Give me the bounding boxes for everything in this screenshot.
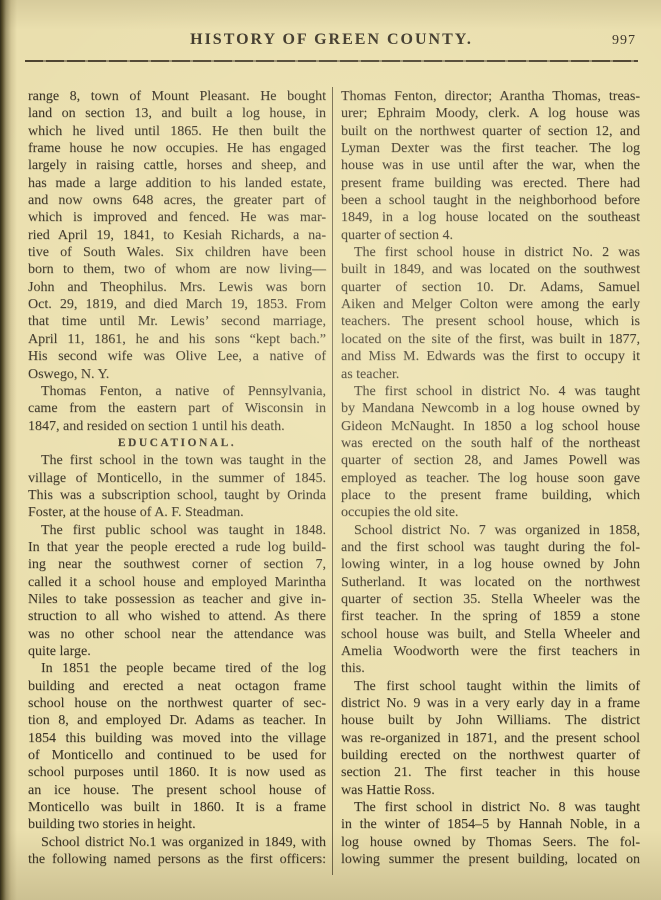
paragraph: The first school in the town was taught … <box>28 452 326 521</box>
text-line: has made a large addition to his landed … <box>28 175 326 192</box>
text-line: The first public school was taught in 18… <box>28 522 326 539</box>
text-line: was Hattie Ross. <box>341 782 640 799</box>
paragraph: The first school taught within the limit… <box>341 678 640 799</box>
paragraph: The first public school was taught in 18… <box>28 522 326 661</box>
text-line: lowing winter, in a log house owned by J… <box>341 556 640 573</box>
text-line: Sutherland. It was located on the northw… <box>341 574 640 591</box>
text-line: the following named persons as the first… <box>28 851 326 868</box>
page-title: HISTORY OF GREEN COUNTY. <box>25 31 638 49</box>
text-line: largely in raising cattle, horses and sh… <box>28 157 326 174</box>
text-line: The first school house in district No. 2… <box>341 244 640 261</box>
paragraph: School district No. 7 was organized in 1… <box>341 522 640 678</box>
text-line: ried April 19, 1841, to Kesiah Richards,… <box>28 227 326 244</box>
text-line: district No. 9 was in a very early day i… <box>341 695 640 712</box>
text-line: Oswego, N. Y. <box>28 366 326 383</box>
text-line: ing near the southwest corner of section… <box>28 556 326 573</box>
text-line: Amelia Woodworth were the first teachers… <box>341 643 640 660</box>
text-line: Monticello was built in 1860. It is a fr… <box>28 799 326 816</box>
text-line: and Miss M. Edwards was the first to occ… <box>341 348 640 365</box>
text-line: John and Theophilus. Mrs. Lewis was born <box>28 279 326 296</box>
paragraph: School district No.1 was organized in 18… <box>28 834 326 869</box>
paragraph: range 8, town of Mount Pleasant. He boug… <box>28 88 326 383</box>
text-line: The first school in district No. 8 was t… <box>341 799 640 816</box>
text-line: quarter of section 28, and James Powell … <box>341 452 640 469</box>
text-line: 1854 this building was moved into the vi… <box>28 730 326 747</box>
text-line: In 1851 the people became tired of the l… <box>28 660 326 677</box>
text-line: The first school in district No. 4 was t… <box>341 383 640 400</box>
text-line: village of Monticello, in the summer of … <box>28 470 326 487</box>
column-divider <box>332 87 333 875</box>
text-line: lowing summer the present building, loca… <box>341 851 640 868</box>
text-line: an ice house. The present school house o… <box>28 782 326 799</box>
text-line: The first school taught within the limit… <box>341 678 640 695</box>
text-line: quite large. <box>28 643 326 660</box>
text-line: Oct. 29, 1819, and died March 19, 1853. … <box>28 296 326 313</box>
column-right: Thomas Fenton, director; Arantha Thomas,… <box>341 88 640 868</box>
text-line: house was in use until after the war, wh… <box>341 157 640 174</box>
section-heading: EDUCATIONAL. <box>28 435 326 452</box>
text-line: which he lived until 1865. He then built… <box>28 123 326 140</box>
text-line: quarter of section 4. <box>341 227 640 244</box>
text-line: called it a school house and employed Ma… <box>28 574 326 591</box>
text-line: building erected on the northwest quarte… <box>341 747 640 764</box>
text-line: came from the eastern part of Wisconsin … <box>28 400 326 417</box>
text-line: April 11, 1861, he and his sons “kept ba… <box>28 331 326 348</box>
text-line: 1849, in a log house located on the sout… <box>341 209 640 226</box>
text-line: section 21. The first teacher in this ho… <box>341 764 640 781</box>
text-line: 1847, and resided on section 1 until his… <box>28 418 326 435</box>
text-line: was no other school near the attendance … <box>28 626 326 643</box>
text-line: employed as teacher. The log house soon … <box>341 470 640 487</box>
text-line: Thomas Fenton, director; Arantha Thomas,… <box>341 88 640 105</box>
text-line: Foster, at the house of A. F. Steadman. <box>28 504 326 521</box>
text-line: occupies the old site. <box>341 504 640 521</box>
text-line: was re-organized in 1871, and the presen… <box>341 730 640 747</box>
text-line: in the winter of 1854–5 by Hannah Noble,… <box>341 816 640 833</box>
text-line: building two stories in height. <box>28 816 326 833</box>
text-line: which is improved and fenced. He was mar… <box>28 209 326 226</box>
text-line: School district No.1 was organized in 18… <box>28 834 326 851</box>
column-left: range 8, town of Mount Pleasant. He boug… <box>28 88 326 868</box>
text-line: and the first school was taught during t… <box>341 539 640 556</box>
text-line: school purposes until 1860. It is now us… <box>28 764 326 781</box>
text-line: Thomas Fenton, a native of Pennsylvania, <box>28 383 326 400</box>
text-line: built on the northwest quarter of sectio… <box>341 123 640 140</box>
scanned-book-page: HISTORY OF GREEN COUNTY. 997 range 8, to… <box>0 0 661 900</box>
paragraph: The first school house in district No. 2… <box>341 244 640 383</box>
paragraph: Thomas Fenton, director; Arantha Thomas,… <box>341 88 640 244</box>
text-line: born to them, two of whom are now living… <box>28 261 326 278</box>
text-line: This was a subscription school, taught b… <box>28 487 326 504</box>
paragraph: Thomas Fenton, a native of Pennsylvania,… <box>28 383 326 435</box>
text-line: house built by John Williams. The distri… <box>341 712 640 729</box>
text-line: built in 1849, and was located on the so… <box>341 261 640 278</box>
text-line: school house on the northwest quarter of… <box>28 695 326 712</box>
header-rule <box>25 60 638 62</box>
text-line: tion 8, and employed Dr. Adams as teache… <box>28 712 326 729</box>
text-line: building and erected a neat octagon fram… <box>28 678 326 695</box>
text-line: that time until Mr. Lewis’ second marria… <box>28 313 326 330</box>
text-line: located on the site of the first, was bu… <box>341 331 640 348</box>
paragraph: The first school in district No. 8 was t… <box>341 799 640 868</box>
paragraph: In 1851 the people became tired of the l… <box>28 660 326 833</box>
text-line: Gideon McNaught. In 1850 a log school ho… <box>341 418 640 435</box>
text-line: His second wife was Olive Lee, a native … <box>28 348 326 365</box>
text-line: urer; Ephraim Moody, clerk. A log house … <box>341 105 640 122</box>
text-line: present frame building was erected. Ther… <box>341 175 640 192</box>
paragraph: The first school in district No. 4 was t… <box>341 383 640 522</box>
text-line: as teacher. <box>341 366 640 383</box>
text-line: quarter of section 10. Dr. Adams, Samuel <box>341 279 640 296</box>
text-line: tive of South Wales. Six children have b… <box>28 244 326 261</box>
running-header: HISTORY OF GREEN COUNTY. 997 <box>25 31 638 51</box>
page-number: 997 <box>612 33 636 49</box>
text-line: Niles to take possession as teacher and … <box>28 591 326 608</box>
text-line: been a school taught in the neighborhood… <box>341 192 640 209</box>
text-line: this. <box>341 660 640 677</box>
text-line: In that year the people erected a rude l… <box>28 539 326 556</box>
text-line: Lyman Dexter was the first teacher. The … <box>341 140 640 157</box>
text-line: School district No. 7 was organized in 1… <box>341 522 640 539</box>
text-line: school house was built, and Stella Wheel… <box>341 626 640 643</box>
text-line: Aiken and Melger Colton were among the e… <box>341 296 640 313</box>
text-line: place to the present frame building, whi… <box>341 487 640 504</box>
text-line: The first school in the town was taught … <box>28 452 326 469</box>
text-line: by Mandana Newcomb in a log house owned … <box>341 400 640 417</box>
text-line: log house owned by Thomas Seers. The fol… <box>341 834 640 851</box>
text-line: teachers. The present school house, whic… <box>341 313 640 330</box>
text-line: and now owns 648 acres, the greater part… <box>28 192 326 209</box>
text-line: struction to all who wished to attend. A… <box>28 608 326 625</box>
text-line: land on section 13, and built a log hous… <box>28 105 326 122</box>
text-line: first teacher. In the spring of 1859 a s… <box>341 608 640 625</box>
text-line: range 8, town of Mount Pleasant. He boug… <box>28 88 326 105</box>
text-line: frame house he now occupies. He has enga… <box>28 140 326 157</box>
text-line: was erected on the south half of the nor… <box>341 435 640 452</box>
text-line: of Monticello and continued to be used f… <box>28 747 326 764</box>
text-line: quarter of section 35. Stella Wheeler wa… <box>341 591 640 608</box>
